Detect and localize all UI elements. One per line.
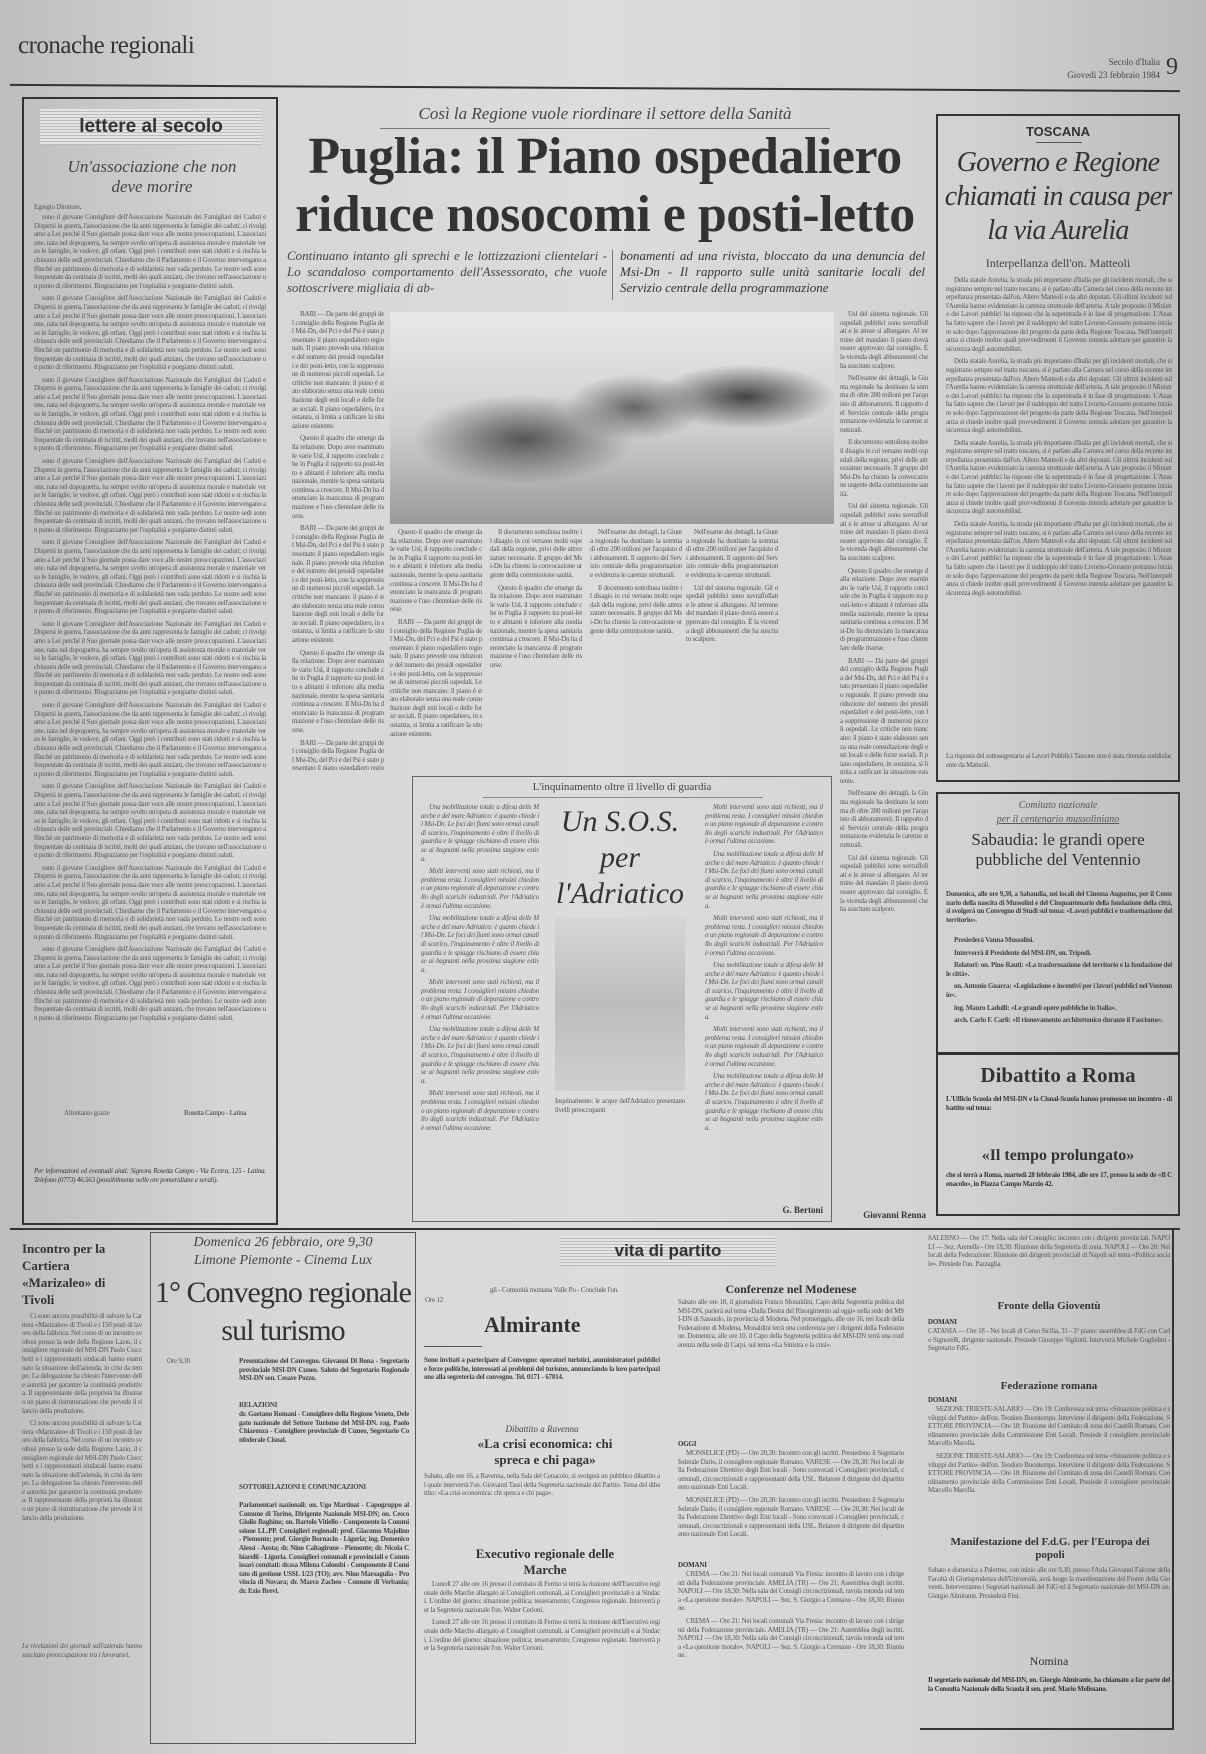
convegno-kicker-1: Domenica 26 febbraio, ore 9,30	[151, 1235, 415, 1251]
letters-banner: lettere al secolo	[40, 109, 262, 145]
letters-body: sono il giovane Consigliere dell'Associa…	[34, 213, 266, 1093]
main-col-4: Nell'esame dei dettagli, la Giunta regio…	[590, 528, 682, 770]
paper-name: Secolo d'Italia	[1040, 57, 1160, 67]
convegno-time-1: Ore 9,30	[167, 1357, 217, 1367]
main-col-5: Nell'esame dei dettagli, la Giunta regio…	[686, 528, 778, 770]
adriatic-box: L'inquinamento oltre il livello di guard…	[412, 776, 832, 1222]
manifestazione-title: Manifestazione del F.d.G. per l'Europa d…	[950, 1536, 1150, 1562]
sabaudia-headline: Sabaudia: le grandi opere pubbliche del …	[948, 830, 1168, 870]
adriatic-title-1: Un S.O.S.	[541, 805, 699, 839]
convegno-sottorelazioni-label: SOTTORELAZIONI E COMUNICAZIONI	[239, 1483, 409, 1501]
masthead-rule	[10, 84, 1180, 92]
toscana-box: TOSCANA Governo e Regione chiamati in ca…	[936, 114, 1180, 782]
adriatic-caption: Inquinamento: le acque dell'Adriatico pr…	[555, 1097, 685, 1187]
convegno-box: Domenica 26 febbraio, ore 9,30 Limone Pi…	[150, 1232, 416, 1744]
ravenna-kicker: Dibattito a Ravenna	[424, 1424, 660, 1434]
almirante-rule	[424, 1346, 482, 1347]
convegno-time-2: Ore 12	[425, 1296, 465, 1306]
cartiera-note: Le rivelazioni dei giornali sull'azienda…	[22, 1642, 142, 1742]
modenese-body: Sabato alle ore 18, il giornalista Franc…	[678, 1298, 904, 1422]
sabaudia-intro: Domenica, alle ore 9,30, a Sabaudia, nei…	[946, 890, 1172, 936]
dibattito-box: Dibattito a Roma L'Ufficio Scuola del MS…	[936, 1054, 1180, 1216]
main-col-3: Il documento sottolinea inoltre il disag…	[490, 528, 582, 770]
letters-title: Un'associazione che non deve morire	[54, 157, 250, 197]
toscana-label-underline	[1036, 142, 1082, 143]
convegno-headline-2: sul turismo	[151, 1313, 415, 1349]
dibattito-headline: Dibattito a Roma	[938, 1063, 1178, 1088]
hospital-ward-photo	[390, 312, 834, 524]
letters-signature-right: Rosetta Campo - Latina	[184, 1109, 274, 1119]
letters-footer: Per informazioni ed eventuali aiuti: Sig…	[34, 1167, 266, 1207]
main-headline-1: Puglia: il Piano ospedaliero	[285, 128, 925, 186]
letters-salutation: Egregio Direttore,	[34, 203, 266, 213]
adriatic-col-left: Una mobilitazione totale a difesa delle …	[421, 803, 539, 1213]
adriatic-kicker: L'inquinamento oltre il livello di guard…	[413, 781, 831, 793]
letters-signature-left: Altrettanto grazie	[64, 1109, 164, 1119]
coastline-photo	[555, 917, 685, 1091]
page-number: 9	[1166, 54, 1178, 81]
convegno-program-1: Presentazione del Convegno. Giovanni Di …	[239, 1357, 409, 1393]
sabaudia-kicker-1: Comitato nazionale	[938, 800, 1178, 811]
main-signature: Giovanni Renna	[840, 1210, 926, 1220]
sabaudia-box: Comitato nazionale per il centenario mus…	[936, 792, 1180, 1054]
main-deck-left: Continuano intanto gli sprechi e le lott…	[287, 248, 607, 296]
section-divider	[10, 1228, 1180, 1230]
adriatic-col-right: Molti interventi sono stati richiesti, m…	[705, 803, 823, 1193]
convegno-invitation: Sono invitati a partecipare al Convegno:…	[424, 1356, 660, 1400]
ravenna-title: «La crisi economica: chi spreca e chi pa…	[460, 1436, 630, 1468]
vita-di-partito-banner: vita di partito	[560, 1236, 776, 1266]
main-col-2: Questo il quadro che emerge dalla relazi…	[390, 528, 482, 770]
convegno-headline-1: 1° Convegno regionale	[151, 1275, 415, 1311]
sabaudia-kicker-2: per il centenario mussoliniano	[938, 814, 1178, 825]
letters-box: lettere al secolo Un'associazione che no…	[22, 97, 278, 1225]
adriatic-signature: G. Bertoni	[713, 1205, 823, 1215]
marche-body: Lunedì 27 alle ore 16 presso il comitato…	[424, 1580, 660, 1744]
fronte-body: CATANIA — Ore 18 - Nei locali di Corso S…	[928, 1327, 1170, 1367]
nomina-title: Nomina	[928, 1654, 1170, 1669]
federazione-body: SEZIONE TRIESTE-SALARIO — Ore 19: Confer…	[928, 1405, 1170, 1505]
dibattito-intro: L'Ufficio Scuola del MSI-DN e la Cisnal-…	[946, 1095, 1172, 1125]
issue-date: Giovedì 23 febbraio 1984	[1020, 70, 1160, 80]
deck-divider	[612, 250, 613, 300]
section-title: cronache regionali	[18, 32, 194, 60]
federazione-title: Federazione romana	[928, 1380, 1170, 1392]
ravenna-body: Sabato, alle ore 16, a Ravenna, nella Sa…	[424, 1472, 660, 1516]
oggi-body: MONSELICE (PD) — Ore 20,30: Incontro con…	[678, 1449, 904, 1559]
dibattito-topic: «Il tempo prolungato»	[938, 1147, 1178, 1165]
main-headline-2: riduce nosocomi e posti-letto	[285, 186, 925, 244]
toscana-subhead: Interpellanza dell'on. Matteoli	[938, 256, 1178, 271]
toscana-footer: La risposta del sottosegretario ai Lavor…	[946, 752, 1172, 776]
domani-body: CREMA — Ore 21: Nei locali comunali Via …	[678, 1570, 904, 1744]
toscana-body: Della statale Aurelia, la strada più imp…	[946, 276, 1172, 746]
convegno-program-2: gli - Comunità montana Valle Po - Conclu…	[490, 1286, 630, 1306]
convegno-relazioni: dr. Gaetano Romani - Consigliere della R…	[239, 1410, 409, 1480]
cartiera-body: Ci sono ancora possibilità di salvare la…	[22, 1312, 142, 1632]
nomina-body: Il segretario nazionale del MSI-DN, on. …	[928, 1676, 1170, 1712]
modenese-title: Conferenze nel Modenese	[676, 1282, 906, 1297]
convegno-kicker-2: Limone Piemonte - Cinema Lux	[151, 1253, 415, 1269]
main-col-6: Usl del sistema regionale. Gli ospedali …	[840, 310, 928, 1220]
main-col-1: BARI — Da parte dei gruppi del consiglio…	[292, 310, 384, 770]
sabaudia-items: Presiederà Vanna Mussolini.Interverrà il…	[946, 936, 1172, 1048]
dibattito-details: che si terrà a Roma, martedì 28 febbraio…	[946, 1171, 1172, 1201]
cartiera-headline: Incontro per la Cartiera «Marizaleo» di …	[22, 1240, 137, 1308]
convegno-closing-speaker: Almirante	[484, 1312, 624, 1338]
right-column-bottom	[920, 1728, 1174, 1730]
toscana-label: TOSCANA	[938, 124, 1178, 139]
adriatic-kicker-underline	[483, 797, 763, 798]
right-column-border	[1172, 1230, 1174, 1730]
main-deck-right: bonamenti ad una rivista, bloccato da un…	[620, 248, 925, 296]
convegno-sottorelazioni: Parlamentari nazionali: on. Ugo Martinat…	[239, 1501, 409, 1737]
manifestazione-body: Sabato e domenica a Palermo, con inizio …	[928, 1566, 1170, 1640]
main-kicker: Così la Regione vuole riordinare il sett…	[340, 104, 870, 124]
fronte-title: Fronte della Gioventù	[928, 1300, 1170, 1312]
adriatic-title-3: l'Adriatico	[541, 877, 699, 911]
marche-title: Executivo regionale delle Marche	[460, 1546, 630, 1578]
toscana-headline: Governo e Regione chiamati in causa per …	[942, 146, 1174, 248]
right-top-body: SALERNO — Ore 17: Nella sala del Consigl…	[928, 1234, 1170, 1292]
adriatic-title-2: per	[541, 841, 699, 875]
